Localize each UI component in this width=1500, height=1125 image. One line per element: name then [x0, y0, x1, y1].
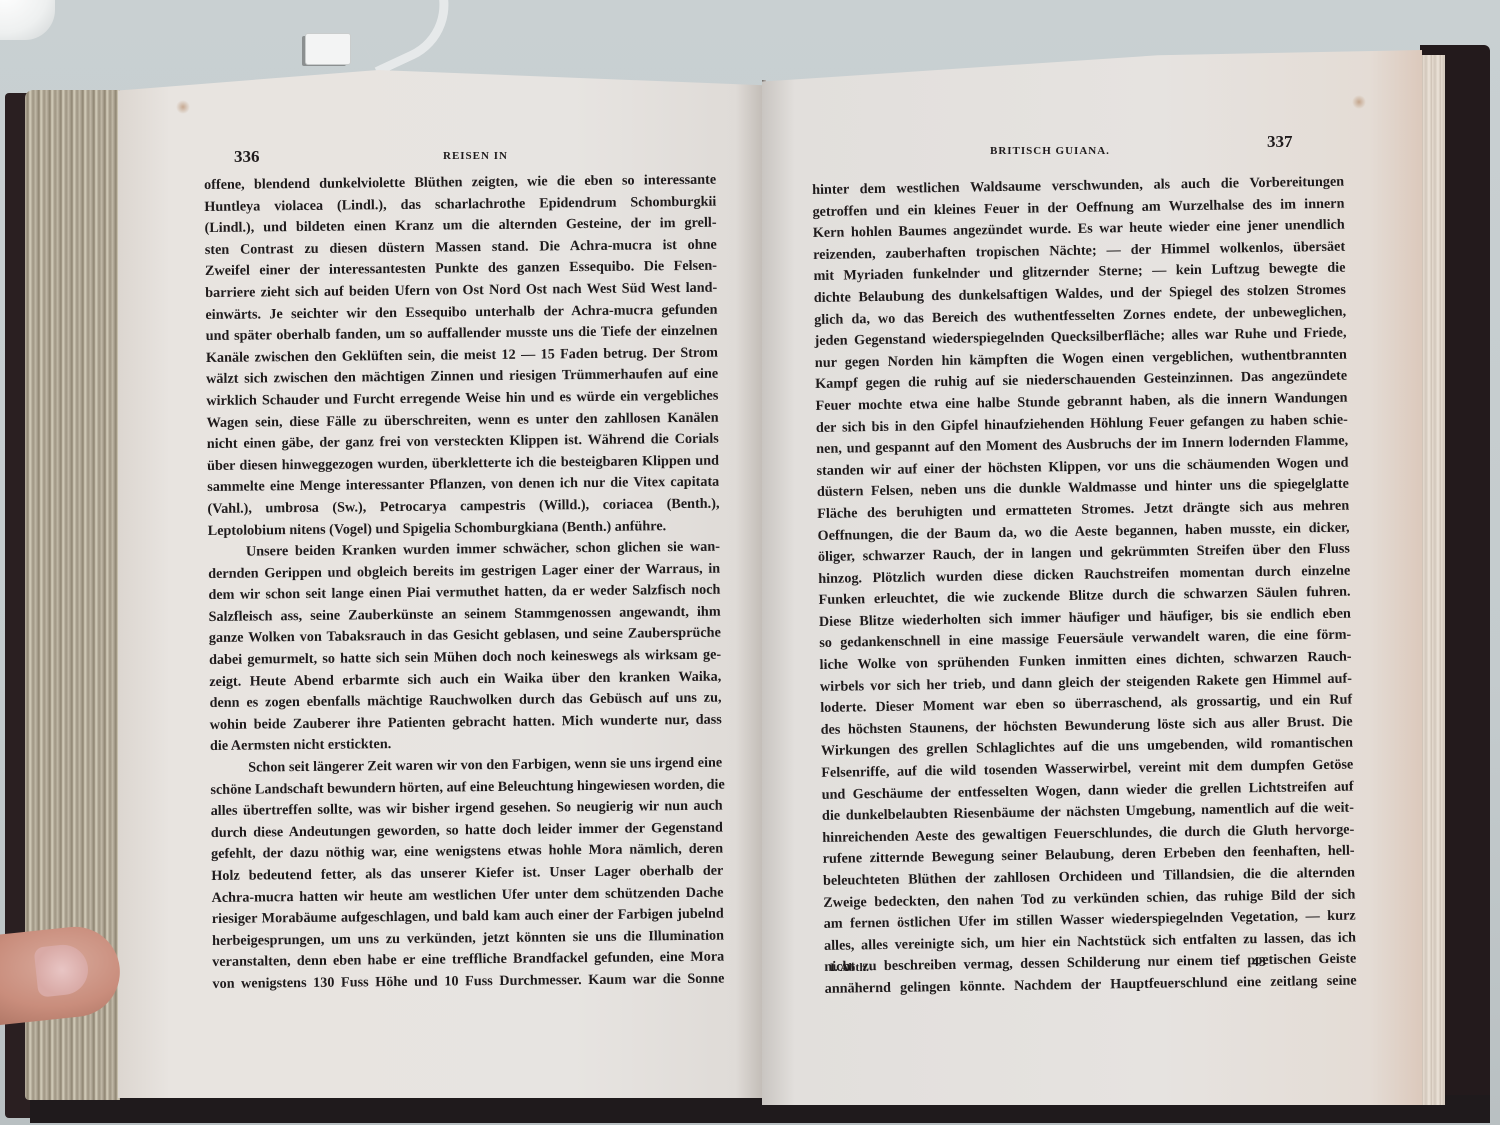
running-head: BRITISCH GUIANA.: [990, 145, 1110, 157]
text-line: von wenigstens 130 Fuss Höhe und 10 Fuss…: [212, 969, 724, 996]
power-adapter: [0, 0, 55, 40]
running-head: REISEN IN: [443, 150, 508, 162]
foxing-stain: [176, 100, 190, 114]
page-number: 336: [234, 147, 260, 167]
cable-plug: [305, 33, 351, 65]
left-page: 336 REISEN IN offene, blendend dunkelvio…: [118, 70, 768, 1098]
page-number: 337: [1267, 132, 1293, 152]
signature-mark: I. Abth.: [830, 960, 869, 975]
signature-number: 43: [1252, 955, 1266, 971]
foxing-stain: [1352, 95, 1366, 109]
body-text: hinter dem westlichen Waldsaume verschwu…: [812, 172, 1357, 1001]
body-text: offene, blendend dunkelviolette Blüthen …: [204, 170, 725, 996]
right-page: BRITISCH GUIANA. 337 hinter dem westlich…: [762, 50, 1422, 1105]
charging-cable: [341, 0, 468, 76]
